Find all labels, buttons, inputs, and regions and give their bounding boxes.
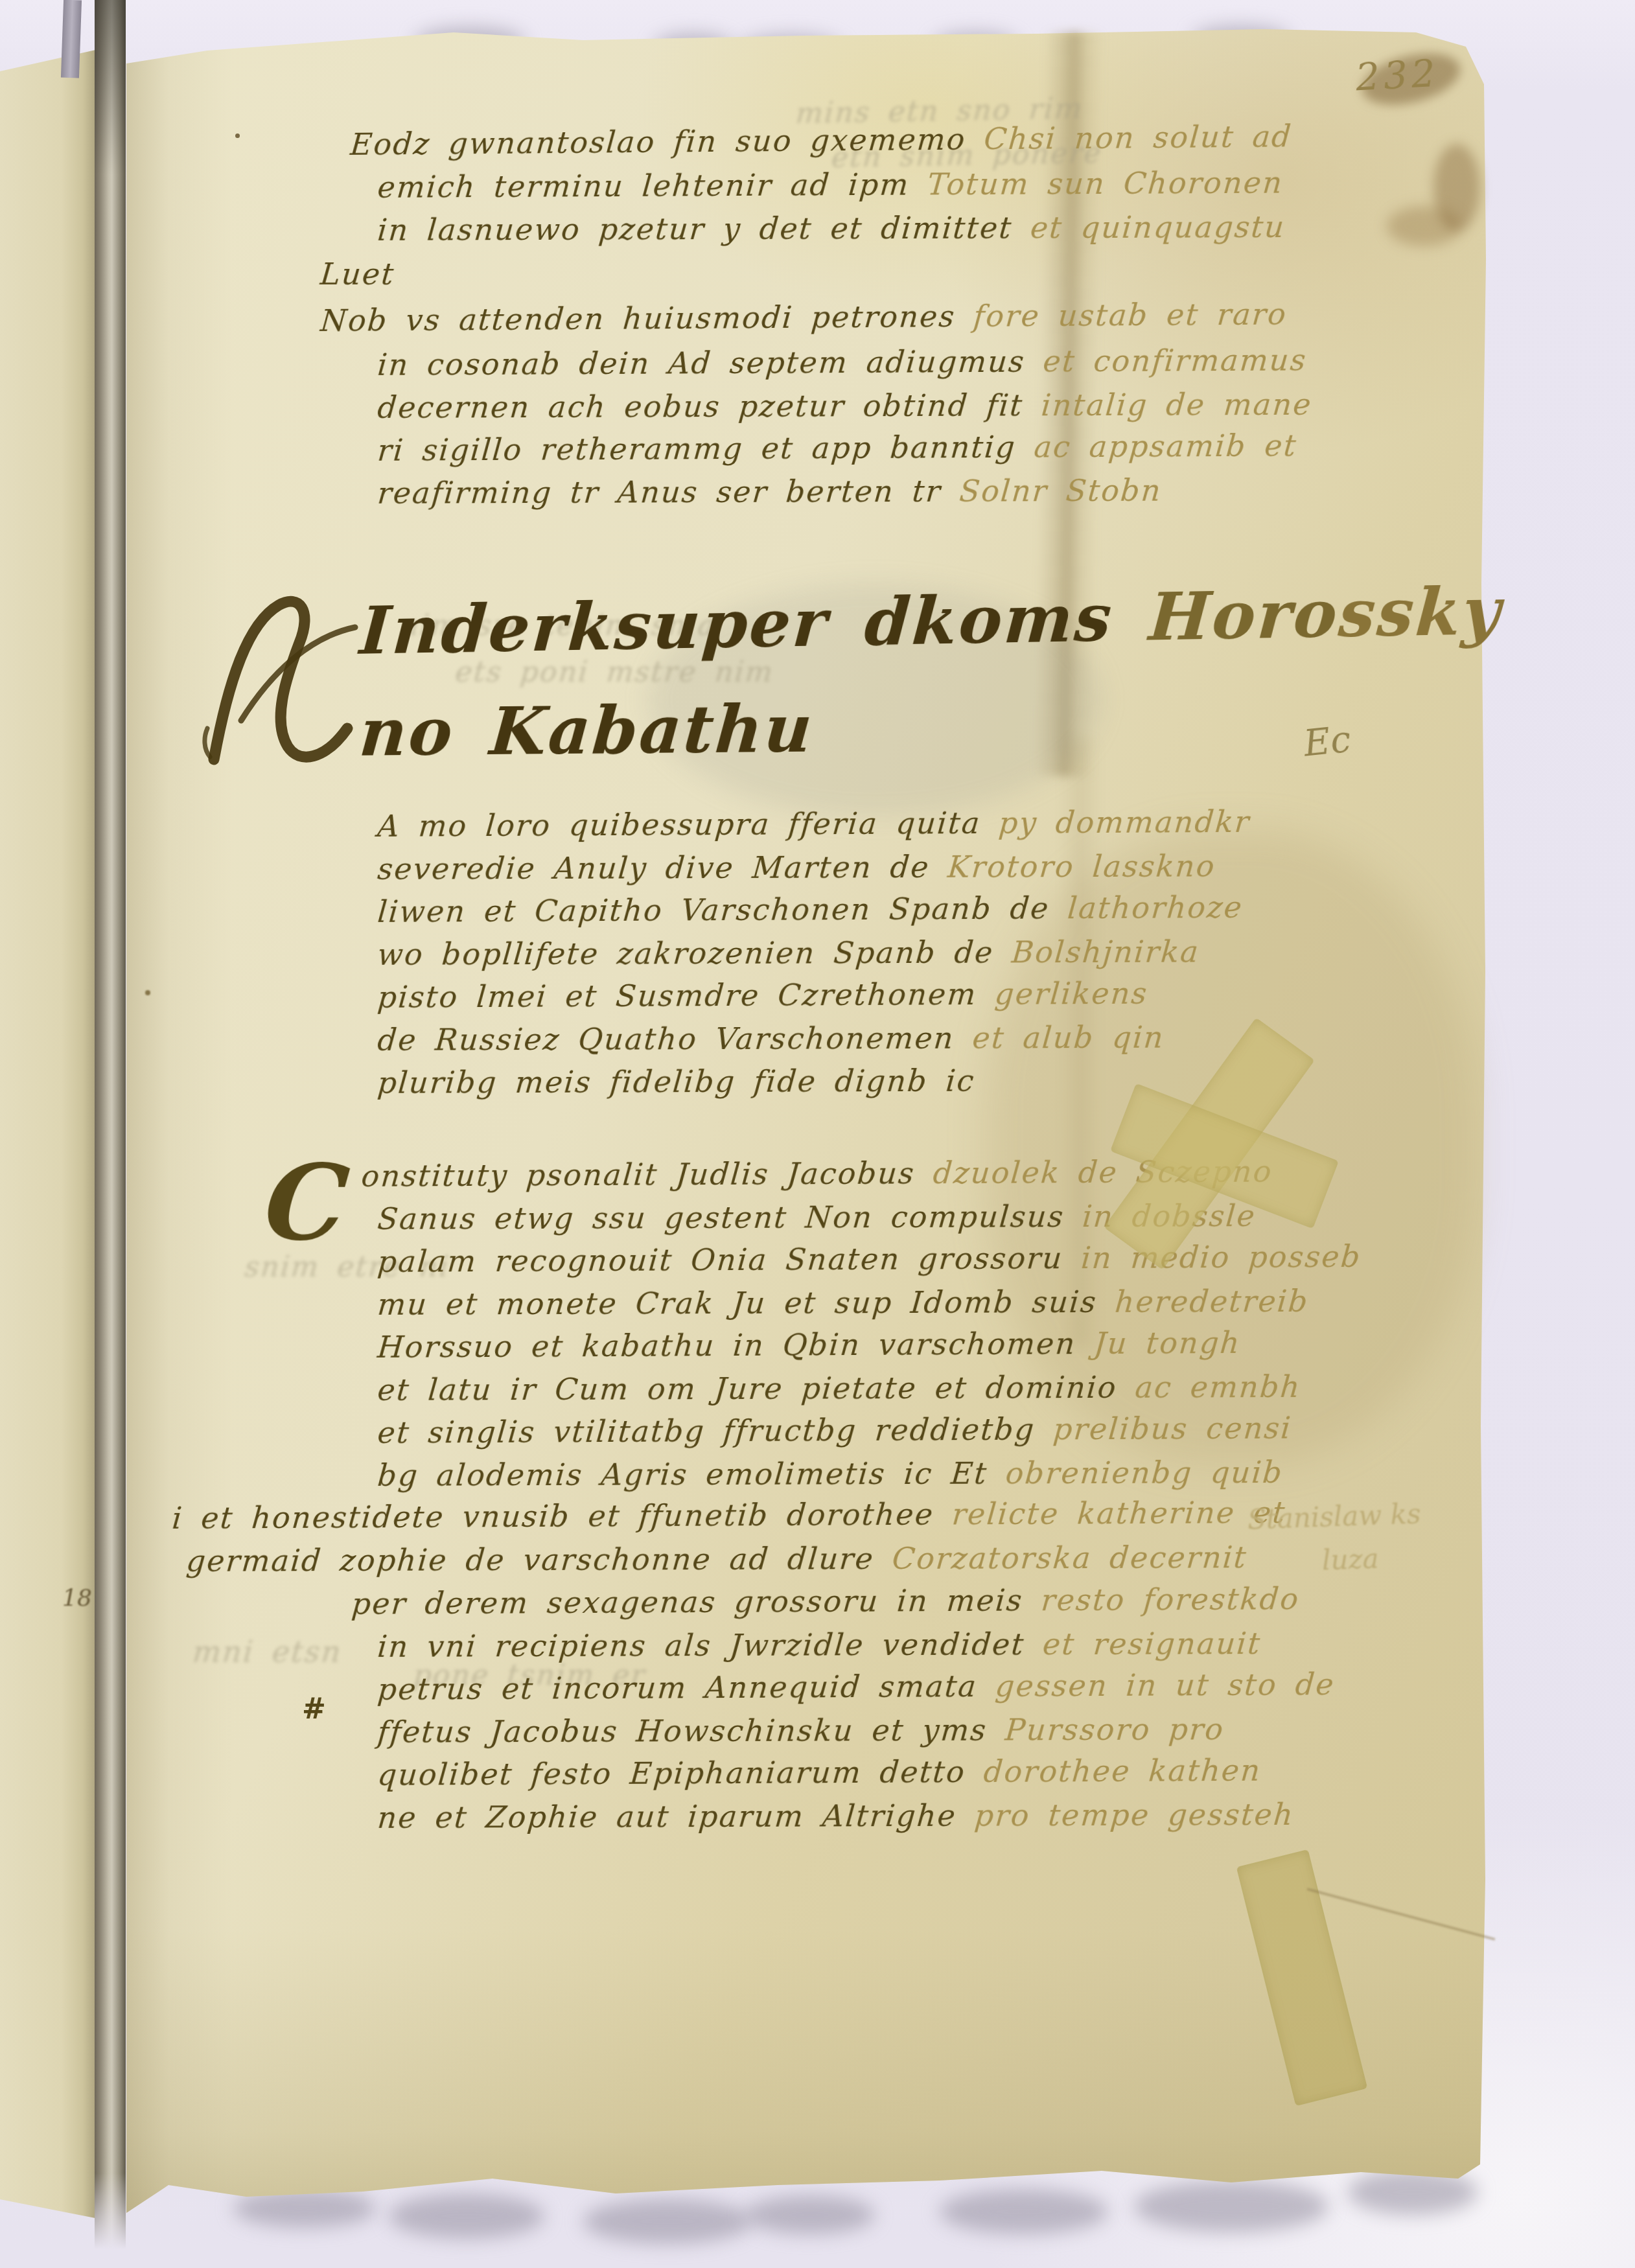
manuscript-line: emich terminu lehtenir ad ipm Totum sun …	[377, 165, 1285, 205]
clamp-bar	[61, 0, 82, 78]
text-segment: liwen et Capitho Varschonen Spanb de	[377, 890, 1069, 929]
text-segment: Sanus etwg ssu gestent Non compulsus	[376, 1199, 1084, 1236]
text-segment: et latu ir Cum om Jure pietate et domini…	[376, 1370, 1136, 1407]
manuscript-line: pluribg meis fidelibg fide dignb ic	[376, 1063, 976, 1100]
book-clamp-rod	[95, 0, 126, 2258]
bleedthrough-line: mni etsn	[191, 1634, 343, 1669]
text-segment: Solnr Stobn	[958, 473, 1163, 509]
text-segment: ac emnbh	[1133, 1369, 1302, 1405]
text-segment: Horssuo et kabathu in Qbin varschomen	[377, 1326, 1096, 1365]
manuscript-line: ri sigillo retherammg et app banntig ac …	[377, 428, 1299, 468]
text-segment: onstituty psonalit Judlis Jacobus	[360, 1155, 935, 1194]
text-segment: fore ustab et raro	[972, 297, 1288, 334]
text-segment: petrus et incorum Annequid smata	[377, 1669, 997, 1707]
right-margin-flourish: Ec	[1302, 718, 1353, 765]
facing-page-edge	[0, 41, 99, 2219]
text-segment: lathorhoze	[1066, 890, 1244, 925]
manuscript-line: C	[261, 1142, 355, 1264]
text-segment: Inderksuper dkoms	[358, 579, 1152, 669]
text-segment: in lasnuewo pzetur y det et dimittet	[376, 210, 1032, 248]
manuscript-line: Horssuo et kabathu in Qbin varschomen Ju…	[377, 1325, 1242, 1365]
text-segment: emich terminu lehtenir ad ipm	[377, 167, 929, 205]
text-segment: pluribg meis fidelibg fide dignb ic	[376, 1063, 976, 1100]
text-segment: resto forestkdo	[1040, 1581, 1301, 1617]
text-segment: ne et Zophie aut iparum Altrighe	[376, 1798, 976, 1835]
manuscript-line: i et honestidete vnusib et ffunetib doro…	[171, 1495, 1288, 1536]
text-segment: et confirmamus	[1042, 342, 1308, 378]
text-segment: ac appsamib et	[1032, 428, 1299, 465]
manuscript-line: liwen et Capitho Varschonen Spanb de lat…	[377, 890, 1245, 929]
right-margin-note: Stanislaw ks	[1247, 1498, 1421, 1535]
right-margin-note: luza	[1321, 1542, 1379, 1576]
text-segment: wo bopllifete zakrozenien Spanb de	[376, 935, 1013, 972]
text-segment: Ju tongh	[1093, 1325, 1242, 1361]
text-segment: et resignauit	[1041, 1626, 1262, 1661]
sheet-edge-shadow	[940, 2189, 1108, 2234]
text-segment: i et honestidete vnusib et ffunetib doro…	[171, 1497, 954, 1536]
manuscript-page	[0, 0, 1635, 2268]
text-segment: per derem sexagenas grossoru in meis	[351, 1582, 1043, 1621]
text-segment: severedie Anuly dive Marten de	[376, 850, 949, 886]
folio-number: 232	[1354, 51, 1440, 100]
text-segment: reafirming tr Anus ser berten tr	[376, 474, 960, 511]
manuscript-line: in cosonab dein Ad septem adiugmus et co…	[377, 342, 1308, 382]
text-segment: in vni recipiens als Jwrzidle vendidet	[376, 1626, 1044, 1664]
manuscript-line: ne et Zophie aut iparum Altrighe pro tem…	[376, 1797, 1295, 1835]
text-segment: bg alodemis Agris emolimetis ic Et	[376, 1456, 1007, 1493]
text-segment: Eodz gwnantoslao fin suo gxememo	[349, 121, 986, 162]
text-segment: Bolshjnirka	[1010, 934, 1201, 970]
text-segment: et quinquagstu	[1029, 209, 1287, 245]
text-segment: palam recognouit Onia Snaten grossoru	[377, 1240, 1083, 1279]
manuscript-line: reafirming tr Anus ser berten tr Solnr S…	[376, 473, 1163, 511]
text-segment: py dommandkr	[997, 804, 1252, 840]
text-segment: gerlikens	[993, 976, 1150, 1012]
text-segment: dorothee kathen	[982, 1753, 1263, 1789]
heading-line: no Kabathu	[357, 691, 817, 771]
text-segment: pisto lmei et Susmdre Czrethonem	[377, 977, 997, 1015]
text-segment: in medio posseb	[1080, 1239, 1363, 1275]
text-segment: ssky	[1336, 573, 1505, 653]
text-segment: C	[261, 1142, 355, 1264]
text-segment: decernen ach eobus pzetur obtind fit	[376, 388, 1043, 425]
text-segment: gessen in ut sto de	[994, 1667, 1336, 1704]
sheet-edge-shadow	[1134, 2181, 1328, 2232]
manuscript-line: petrus et incorum Annequid smata gessen …	[377, 1667, 1337, 1707]
text-segment: intalig de mane	[1040, 387, 1314, 422]
text-segment: Chsi non solut ad	[983, 119, 1294, 156]
text-segment: Krotoro lasskno	[946, 848, 1217, 884]
manuscript-line: mu et monete Crak Ju et sup Idomb suis h…	[376, 1284, 1310, 1322]
text-segment: Corzatorska decernit	[891, 1540, 1249, 1576]
text-segment: heredetreib	[1114, 1284, 1310, 1319]
manuscript-line: Luet	[319, 257, 396, 292]
text-segment: et alub qin	[971, 1020, 1166, 1056]
manuscript-line: palam recognouit Onia Snaten grossoru in…	[377, 1239, 1363, 1279]
manuscript-line: per derem sexagenas grossoru in meis res…	[351, 1581, 1301, 1621]
manuscript-line: et latu ir Cum om Jure pietate et domini…	[376, 1369, 1302, 1407]
manuscript-line: in lasnuewo pzetur y det et dimittet et …	[376, 209, 1286, 248]
manuscript-line: A mo loro quibessupra fferia quita py do…	[377, 804, 1252, 844]
text-segment: mu et monete Crak Ju et sup Idomb suis	[376, 1284, 1117, 1322]
sheet-edge-shadow	[583, 2199, 752, 2244]
manuscript-line: decernen ach eobus pzetur obtind fit int…	[376, 387, 1314, 425]
text-segment: relicte katherine et	[951, 1495, 1288, 1532]
manuscript-line: Nob vs attenden huiusmodi petrones fore …	[319, 297, 1289, 338]
manuscript-line: pisto lmei et Susmdre Czrethonem gerlike…	[377, 976, 1150, 1015]
manuscript-line: bg alodemis Agris emolimetis ic Et obren…	[376, 1455, 1284, 1493]
text-segment: quolibet festo Epiphaniarum detto	[377, 1754, 986, 1792]
text-segment: obrenienbg quib	[1004, 1455, 1285, 1491]
text-segment: A mo loro quibessupra fferia quita	[377, 805, 1001, 844]
sheet-edge-shadow	[389, 2193, 544, 2239]
scan-background: mins etn sno rimetn snim ponerenim sre t…	[0, 0, 1635, 2268]
manuscript-line: quolibet festo Epiphaniarum detto doroth…	[377, 1753, 1263, 1792]
text-segment: no Kabathu	[357, 691, 817, 771]
text-segment: ri sigillo retherammg et app banntig	[377, 430, 1036, 468]
manuscript-line: de Russiez Quatho Varschonemen et alub q…	[376, 1020, 1166, 1058]
text-segment: Nob vs attenden huiusmodi petrones	[319, 299, 975, 338]
text-segment: prelibus censi	[1052, 1411, 1293, 1447]
text-segment: Horo	[1146, 576, 1341, 656]
manuscript-line: wo bopllifete zakrozenien Spanb de Bolsh…	[376, 934, 1201, 972]
text-segment: ffetus Jacobus Howschinsku et yms	[376, 1713, 1006, 1750]
text-segment: pro tempe gessteh	[973, 1797, 1296, 1833]
manuscript-line: ffetus Jacobus Howschinsku et yms Pursso…	[376, 1711, 1225, 1750]
text-segment: de Russiez Quatho Varschonemen	[376, 1021, 974, 1058]
text-segment: Luet	[319, 257, 396, 292]
text-segment: germaid zophie de varschonne ad dlure	[185, 1541, 894, 1579]
manuscript-line: germaid zophie de varschonne ad dlure Co…	[185, 1540, 1248, 1579]
manuscript-line: et singlis vtilitatbg ffructbg reddietbg…	[377, 1411, 1293, 1450]
sheet-edge-shadow	[745, 2195, 875, 2234]
left-margin-mark: 18	[62, 1585, 92, 1612]
text-segment: Purssoro pro	[1004, 1711, 1226, 1747]
text-segment: et singlis vtilitatbg ffructbg reddietbg	[377, 1412, 1055, 1450]
manuscript-line: in vni recipiens als Jwrzidle vendidet e…	[376, 1626, 1262, 1664]
text-segment: mni etsn	[191, 1634, 343, 1669]
initial-flourish	[202, 565, 371, 785]
text-segment: Totum sun Choronen	[926, 165, 1284, 202]
manuscript-line: severedie Anuly dive Marten de Krotoro l…	[376, 848, 1217, 886]
text-segment: in cosonab dein Ad septem adiugmus	[377, 344, 1045, 382]
hash-mark: #	[302, 1693, 326, 1726]
